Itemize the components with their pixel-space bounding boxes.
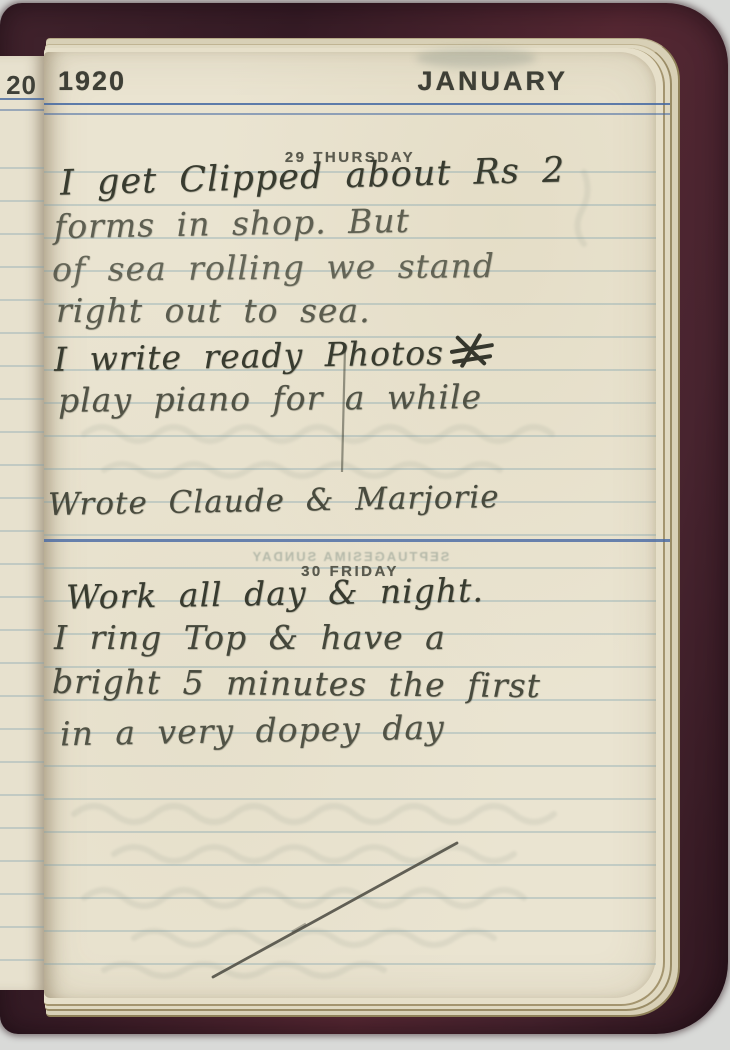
handwritten-line: play piano for a while <box>58 380 482 417</box>
handwritten-line: of sea rolling we stand <box>52 249 495 286</box>
header-rule <box>0 98 44 100</box>
handwritten-line: Work all day & night. <box>66 573 484 613</box>
page-month: JANUARY <box>417 66 568 97</box>
header-rule <box>44 113 670 115</box>
adjacent-year-fragment: 20 <box>6 70 37 101</box>
handwritten-line: I ring Top & have a <box>54 621 446 654</box>
diary-page: 1920 JANUARY 29 THURSDAY I get <box>44 52 656 998</box>
handwritten-text: I write ready Photos <box>54 333 445 379</box>
handwritten-line: I write ready Photos <box>54 333 495 376</box>
handwritten-line: forms in shop. But <box>54 204 410 243</box>
header-rule <box>0 109 44 111</box>
ruled-lines <box>0 136 44 980</box>
diary-scan: 20 1920 JANUARY <box>0 0 730 1050</box>
handwritten-line: bright 5 minutes the first <box>52 665 541 702</box>
handwritten-line: right out to sea. <box>56 294 371 327</box>
handwritten-line: in a very dopey day <box>60 711 445 751</box>
header-rule <box>44 103 670 105</box>
entry-divider-rule <box>44 539 670 542</box>
bleedthrough-smudge <box>416 48 536 68</box>
previous-page-edge: 20 <box>0 56 44 990</box>
page-year: 1920 <box>58 66 126 97</box>
ink-scribble <box>450 333 495 368</box>
handwritten-line: Wrote Claude & Marjorie <box>48 482 500 521</box>
bleedthrough-mirrored-text: SEPTUAGESIMA SUNDAY <box>44 549 656 564</box>
